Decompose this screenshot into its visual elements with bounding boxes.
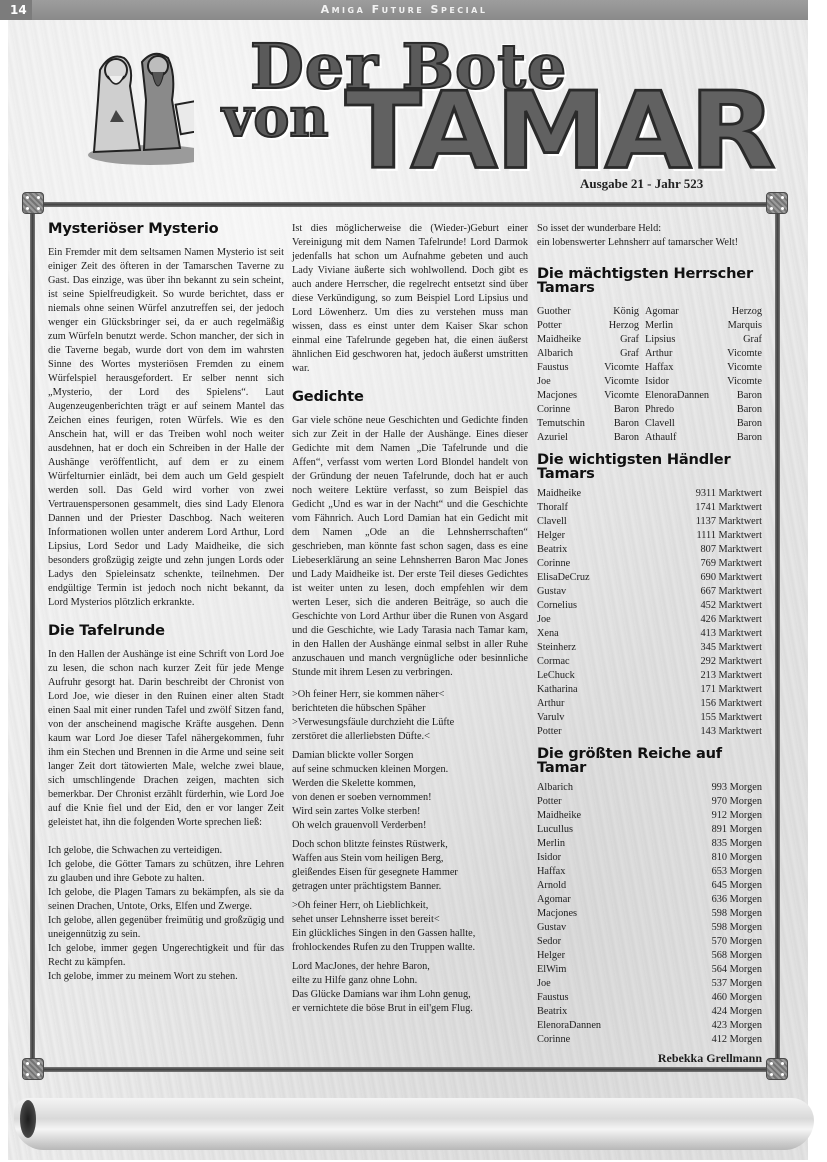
- table-cell: Albarich: [537, 781, 663, 795]
- frame-right: [775, 206, 780, 1068]
- table-cell: König: [593, 305, 645, 319]
- table-row: Helger1111 Marktwert: [537, 529, 762, 543]
- poem-line: auf seine schmucken kleinen Morgen.: [292, 763, 528, 777]
- table-cell: 970 Morgen: [663, 795, 762, 809]
- table-cell: Agomar: [645, 305, 713, 319]
- table-row: TemutschinBaronClavellBaron: [537, 417, 762, 431]
- table-row: Joe537 Morgen: [537, 977, 762, 991]
- table-row: AzurielBaronAthaulfBaron: [537, 431, 762, 445]
- poem-line: Damian blickte voller Sorgen: [292, 749, 528, 763]
- table-cell: 690 Marktwert: [636, 571, 762, 585]
- table-cell: Macjones: [537, 389, 593, 403]
- column-2: Ist dies möglicherweise die (Wieder-)Geb…: [292, 222, 528, 1021]
- heading-rulers: Die mächtigsten Herrscher Tamars: [537, 267, 762, 295]
- table-cell: 568 Morgen: [663, 949, 762, 963]
- vow-line: Ich gelobe, immer zu meinem Wort zu steh…: [48, 970, 284, 984]
- article-gedichte-body: Gar viele schöne neue Geschichten und Ge…: [292, 414, 528, 680]
- table-row: Lucullus891 Morgen: [537, 823, 762, 837]
- table-cell: Arthur: [645, 347, 713, 361]
- table-cell: Temutschin: [537, 417, 593, 431]
- realms-table: Albarich993 MorgenPotter970 MorgenMaidhe…: [537, 781, 762, 1047]
- table-cell: Isidor: [645, 375, 713, 389]
- table-cell: Varulv: [537, 711, 636, 725]
- table-cell: Potter: [537, 795, 663, 809]
- table-row: ElenoraDannen423 Morgen: [537, 1019, 762, 1033]
- table-cell: Cormac: [537, 655, 636, 669]
- table-cell: Graf: [593, 333, 645, 347]
- table-cell: Helger: [537, 529, 636, 543]
- two-scholars-illustration-icon: [44, 40, 194, 170]
- masthead-title-tamar: TAMAR: [345, 78, 774, 184]
- table-cell: 426 Marktwert: [636, 613, 762, 627]
- table-cell: Haffax: [645, 361, 713, 375]
- table-cell: Baron: [713, 417, 763, 431]
- poem-line: er vernichtete die böse Brut in eil'gem …: [292, 1002, 528, 1016]
- table-row: Clavell1137 Marktwert: [537, 515, 762, 529]
- table-cell: 807 Marktwert: [636, 543, 762, 557]
- table-row: Potter143 Marktwert: [537, 725, 762, 739]
- table-row: FaustusVicomteHaffaxVicomte: [537, 361, 762, 375]
- table-cell: Thoralf: [537, 501, 636, 515]
- table-cell: Xena: [537, 627, 636, 641]
- table-row: Haffax653 Morgen: [537, 865, 762, 879]
- table-row: Joe426 Marktwert: [537, 613, 762, 627]
- table-cell: 1111 Marktwert: [636, 529, 762, 543]
- table-cell: Vicomte: [713, 361, 763, 375]
- table-row: PotterHerzogMerlinMarquis: [537, 319, 762, 333]
- table-cell: 171 Marktwert: [636, 683, 762, 697]
- table-cell: 537 Morgen: [663, 977, 762, 991]
- article-tafelrunde-body: In den Hallen der Aushänge ist eine Schr…: [48, 648, 284, 830]
- column-1: Mysteriöser Mysterio Ein Fremder mit dem…: [48, 222, 284, 984]
- table-cell: Cornelius: [537, 599, 636, 613]
- table-cell: Haffax: [537, 865, 663, 879]
- table-row: Agomar636 Morgen: [537, 893, 762, 907]
- table-row: Corinne412 Morgen: [537, 1033, 762, 1047]
- table-cell: Joe: [537, 375, 593, 389]
- table-row: Merlin835 Morgen: [537, 837, 762, 851]
- poem-line: Oh welch grauenvoll Verderben!: [292, 819, 528, 833]
- poem-line: Doch schon blitzte feinstes Rüstwerk,: [292, 838, 528, 852]
- table-cell: Vicomte: [593, 375, 645, 389]
- table-row: Cormac292 Marktwert: [537, 655, 762, 669]
- table-cell: Corinne: [537, 403, 593, 417]
- table-cell: Vicomte: [713, 375, 763, 389]
- table-cell: 810 Morgen: [663, 851, 762, 865]
- table-row: Isidor810 Morgen: [537, 851, 762, 865]
- vow-line: Ich gelobe, die Plagen Tamars zu bekämpf…: [48, 886, 284, 914]
- article-tafelrunde-continuation: Ist dies möglicherweise die (Wieder-)Geb…: [292, 222, 528, 376]
- table-cell: Joe: [537, 977, 663, 991]
- table-cell: Beatrix: [537, 1005, 663, 1019]
- poem-stanza: So isset der wunderbare Held: ein lobens…: [537, 222, 762, 250]
- table-cell: Herzog: [713, 305, 763, 319]
- rivet-bottom-left-icon: [22, 1058, 44, 1080]
- table-cell: Vicomte: [713, 347, 763, 361]
- poem-line: sehet unser Lehnsherre isset bereit<: [292, 913, 528, 927]
- table-cell: Sedor: [537, 935, 663, 949]
- table-cell: Gustav: [537, 585, 636, 599]
- table-row: Helger568 Morgen: [537, 949, 762, 963]
- poem-line: >Oh feiner Herr, sie kommen näher<: [292, 688, 528, 702]
- table-cell: Corinne: [537, 557, 636, 571]
- table-cell: 9311 Marktwert: [636, 487, 762, 501]
- table-row: MacjonesVicomteElenoraDannenBaron: [537, 389, 762, 403]
- table-cell: Graf: [713, 333, 763, 347]
- table-row: Arthur156 Marktwert: [537, 697, 762, 711]
- table-row: Faustus460 Morgen: [537, 991, 762, 1005]
- table-cell: Vicomte: [593, 389, 645, 403]
- table-cell: Vicomte: [593, 361, 645, 375]
- table-cell: 636 Morgen: [663, 893, 762, 907]
- table-cell: Azuriel: [537, 431, 593, 445]
- table-row: Thoralf1741 Marktwert: [537, 501, 762, 515]
- table-cell: 424 Morgen: [663, 1005, 762, 1019]
- issue-line: Ausgabe 21 - Jahr 523: [580, 176, 703, 192]
- table-cell: 645 Morgen: [663, 879, 762, 893]
- heading-tafelrunde: Die Tafelrunde: [48, 624, 284, 638]
- poem-line: Ein glückliches Singen in den Gassen hal…: [292, 927, 528, 941]
- table-cell: Clavell: [645, 417, 713, 431]
- table-row: ElisaDeCruz690 Marktwert: [537, 571, 762, 585]
- heading-traders: Die wichtigsten Händler Tamars: [537, 453, 762, 481]
- poem-line: Werden die Skelette kommen,: [292, 777, 528, 791]
- table-row: Gustav667 Marktwert: [537, 585, 762, 599]
- poem-line: Waffen aus Stein vom heiligen Berg,: [292, 852, 528, 866]
- table-row: Gustav598 Morgen: [537, 921, 762, 935]
- table-cell: 345 Marktwert: [636, 641, 762, 655]
- table-cell: Albarich: [537, 347, 593, 361]
- table-cell: Arnold: [537, 879, 663, 893]
- header-bar: Amiga Future Special 14: [0, 0, 808, 20]
- table-cell: ElisaDeCruz: [537, 571, 636, 585]
- table-cell: ElenoraDannen: [537, 1019, 663, 1033]
- page-number: 14: [0, 0, 32, 20]
- table-cell: Beatrix: [537, 543, 636, 557]
- poem-stanza: Lord MacJones, der hehre Baron, eilte zu…: [292, 960, 528, 1016]
- table-cell: Agomar: [537, 893, 663, 907]
- table-cell: Herzog: [593, 319, 645, 333]
- table-cell: 667 Marktwert: [636, 585, 762, 599]
- table-row: Albarich993 Morgen: [537, 781, 762, 795]
- table-cell: Phredo: [645, 403, 713, 417]
- table-cell: Isidor: [537, 851, 663, 865]
- magazine-title: Amiga Future Special: [0, 0, 808, 20]
- table-row: MaidheikeGrafLipsiusGraf: [537, 333, 762, 347]
- table-row: Macjones598 Morgen: [537, 907, 762, 921]
- table-cell: LeChuck: [537, 669, 636, 683]
- table-cell: 143 Marktwert: [636, 725, 762, 739]
- table-cell: 213 Marktwert: [636, 669, 762, 683]
- poem-stanza: >Oh feiner Herr, oh Lieblichkeit, sehet …: [292, 899, 528, 955]
- table-row: Potter970 Morgen: [537, 795, 762, 809]
- table-cell: Joe: [537, 613, 636, 627]
- table-cell: Marquis: [713, 319, 763, 333]
- column-3: So isset der wunderbare Held: ein lobens…: [537, 222, 762, 1065]
- table-cell: 564 Morgen: [663, 963, 762, 977]
- poem-line: von denen er soeben vernommen!: [292, 791, 528, 805]
- table-cell: Lucullus: [537, 823, 663, 837]
- table-cell: Potter: [537, 725, 636, 739]
- poem-line: Lord MacJones, der hehre Baron,: [292, 960, 528, 974]
- table-row: JoeVicomteIsidorVicomte: [537, 375, 762, 389]
- table-row: Maidheike912 Morgen: [537, 809, 762, 823]
- table-cell: 460 Morgen: [663, 991, 762, 1005]
- table-cell: Athaulf: [645, 431, 713, 445]
- frame-left: [30, 206, 35, 1068]
- poem-line: Das Glücke Damians war ihm Lohn genug,: [292, 988, 528, 1002]
- table-cell: Maidheike: [537, 809, 663, 823]
- table-cell: Gustav: [537, 921, 663, 935]
- table-row: CorinneBaronPhredoBaron: [537, 403, 762, 417]
- table-cell: 653 Morgen: [663, 865, 762, 879]
- vow-line: Ich gelobe, allen gegenüber freimütig un…: [48, 914, 284, 942]
- table-row: Arnold645 Morgen: [537, 879, 762, 893]
- poem-stanza: Damian blickte voller Sorgen auf seine s…: [292, 749, 528, 833]
- poem-line: ein lobenswerter Lehnsherr auf tamarsche…: [537, 236, 762, 250]
- table-row: Katharina171 Marktwert: [537, 683, 762, 697]
- table-cell: 598 Morgen: [663, 907, 762, 921]
- table-cell: 912 Morgen: [663, 809, 762, 823]
- rivet-bottom-right-icon: [766, 1058, 788, 1080]
- table-cell: Baron: [713, 389, 763, 403]
- table-cell: Katharina: [537, 683, 636, 697]
- table-cell: Clavell: [537, 515, 636, 529]
- table-cell: Potter: [537, 319, 593, 333]
- table-cell: 412 Morgen: [663, 1033, 762, 1047]
- poem-line: Wird sein zartes Volke sterben!: [292, 805, 528, 819]
- table-row: Beatrix807 Marktwert: [537, 543, 762, 557]
- table-cell: 769 Marktwert: [636, 557, 762, 571]
- table-cell: Maidheike: [537, 333, 593, 347]
- vow-line: Ich gelobe, immer gegen Ungerechtigkeit …: [48, 942, 284, 970]
- table-cell: 1137 Marktwert: [636, 515, 762, 529]
- table-cell: Maidheike: [537, 487, 636, 501]
- poem-stanza: >Oh feiner Herr, sie kommen näher< beric…: [292, 688, 528, 744]
- table-cell: 835 Morgen: [663, 837, 762, 851]
- table-cell: Baron: [593, 417, 645, 431]
- table-cell: Guother: [537, 305, 593, 319]
- table-row: ElWim564 Morgen: [537, 963, 762, 977]
- table-cell: ElWim: [537, 963, 663, 977]
- table-row: Cornelius452 Marktwert: [537, 599, 762, 613]
- heading-realms: Die größten Reiche auf Tamar: [537, 747, 762, 775]
- table-cell: 156 Marktwert: [636, 697, 762, 711]
- table-cell: Merlin: [645, 319, 713, 333]
- poem-stanza: Doch schon blitzte feinstes Rüstwerk, Wa…: [292, 838, 528, 894]
- table-cell: Faustus: [537, 361, 593, 375]
- rivet-top-right-icon: [766, 192, 788, 214]
- table-cell: Steinherz: [537, 641, 636, 655]
- poem-line: gleißendes Eisen für gesegnete Hammer: [292, 866, 528, 880]
- table-cell: 891 Morgen: [663, 823, 762, 837]
- table-cell: 993 Morgen: [663, 781, 762, 795]
- table-cell: 292 Marktwert: [636, 655, 762, 669]
- scroll-roll: [14, 1098, 814, 1150]
- masthead-title-von: von: [222, 90, 329, 144]
- table-cell: Macjones: [537, 907, 663, 921]
- poem-line: getragen unter prächtigstem Banner.: [292, 880, 528, 894]
- table-cell: 423 Morgen: [663, 1019, 762, 1033]
- table-cell: ElenoraDannen: [645, 389, 713, 403]
- heading-mysterio: Mysteriöser Mysterio: [48, 222, 284, 236]
- table-row: Xena413 Marktwert: [537, 627, 762, 641]
- table-row: Steinherz345 Marktwert: [537, 641, 762, 655]
- poem-line: So isset der wunderbare Held:: [537, 222, 762, 236]
- poem-line: >Oh feiner Herr, oh Lieblichkeit,: [292, 899, 528, 913]
- table-row: LeChuck213 Marktwert: [537, 669, 762, 683]
- scroll-end-icon: [20, 1100, 36, 1138]
- table-row: Sedor570 Morgen: [537, 935, 762, 949]
- table-cell: Merlin: [537, 837, 663, 851]
- table-cell: Baron: [713, 403, 763, 417]
- table-row: Corinne769 Marktwert: [537, 557, 762, 571]
- poem-line: berichteten die hübschen Späher: [292, 702, 528, 716]
- frame-top: [34, 202, 786, 207]
- vow-line: Ich gelobe, die Götter Tamars zu schütze…: [48, 858, 284, 886]
- frame-bottom: [34, 1067, 786, 1072]
- table-cell: 598 Morgen: [663, 921, 762, 935]
- article-mysterio-body: Ein Fremder mit dem seltsamen Namen Myst…: [48, 246, 284, 610]
- table-cell: Faustus: [537, 991, 663, 1005]
- table-cell: 413 Marktwert: [636, 627, 762, 641]
- table-cell: Helger: [537, 949, 663, 963]
- table-cell: Baron: [593, 431, 645, 445]
- table-row: GuotherKönigAgomarHerzog: [537, 305, 762, 319]
- rivet-top-left-icon: [22, 192, 44, 214]
- table-cell: Baron: [713, 431, 763, 445]
- poem-line: eilte zu Hilfe ganz ohne Lohn.: [292, 974, 528, 988]
- table-row: Varulv155 Marktwert: [537, 711, 762, 725]
- table-row: AlbarichGrafArthurVicomte: [537, 347, 762, 361]
- table-cell: Baron: [593, 403, 645, 417]
- table-row: Beatrix424 Morgen: [537, 1005, 762, 1019]
- table-cell: Lipsius: [645, 333, 713, 347]
- poem-line: zerstöret die allerliebsten Düfte.<: [292, 730, 528, 744]
- traders-table: Maidheike9311 MarktwertThoralf1741 Markt…: [537, 487, 762, 739]
- table-cell: Arthur: [537, 697, 636, 711]
- vow-line: Ich gelobe, die Schwachen zu verteidigen…: [48, 844, 284, 858]
- table-cell: 452 Marktwert: [636, 599, 762, 613]
- table-cell: 570 Morgen: [663, 935, 762, 949]
- table-cell: 155 Marktwert: [636, 711, 762, 725]
- table-cell: Graf: [593, 347, 645, 361]
- author-signature: Rebekka Grellmann: [537, 1051, 762, 1065]
- rulers-table: GuotherKönigAgomarHerzogPotterHerzogMerl…: [537, 305, 762, 445]
- table-cell: 1741 Marktwert: [636, 501, 762, 515]
- poem-line: >Verwesungsfäule durchzieht die Lüfte: [292, 716, 528, 730]
- heading-gedichte: Gedichte: [292, 390, 528, 404]
- poem-line: frohlockendes Rufen zu den Truppen wallt…: [292, 941, 528, 955]
- table-cell: Corinne: [537, 1033, 663, 1047]
- table-row: Maidheike9311 Marktwert: [537, 487, 762, 501]
